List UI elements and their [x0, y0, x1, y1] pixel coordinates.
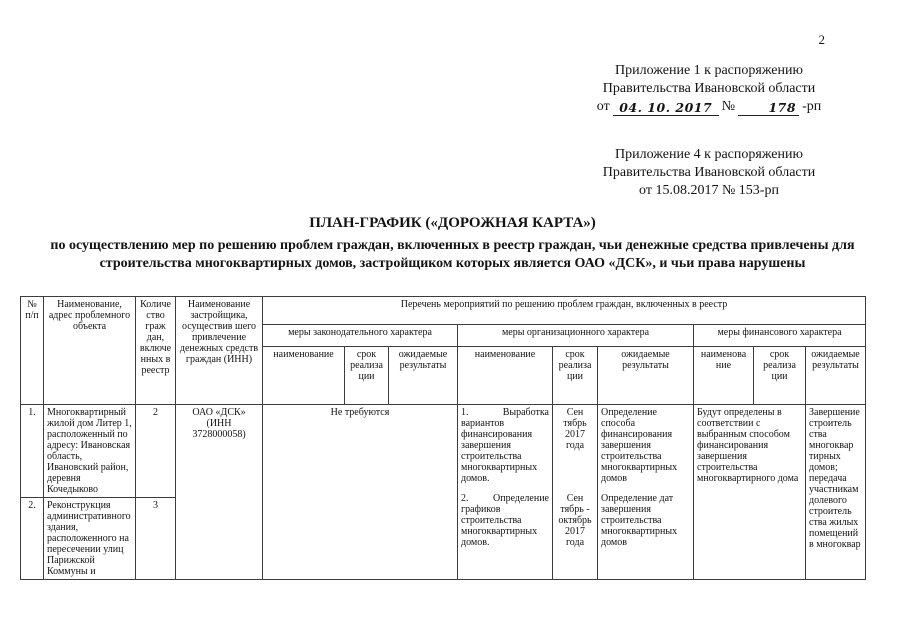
- header-cell-num: № п/п: [21, 297, 44, 405]
- document-subtitle: по осуществлению мер по решению проблем …: [30, 237, 875, 272]
- row2-citizens-cell: 3: [136, 498, 176, 580]
- handwritten-date: 04. 10. 2017: [619, 100, 712, 115]
- row1-num-cell: 1.: [21, 405, 44, 498]
- appendix-1-ref-line: от04. 10. 2017№178-рп: [583, 98, 835, 116]
- appendix-1-line1: Приложение 1 к распоряжению: [583, 62, 835, 80]
- appendix-4-line3: от 15.08.2017 № 153-рп: [583, 182, 835, 200]
- roadmap-table: № п/п Наименование, адрес проблемного об…: [20, 296, 866, 580]
- org-measure-2-name: 2. Определение графиков строительства мн…: [461, 493, 549, 548]
- org-measure-1-term: Сен тябрь 2017 года: [556, 407, 594, 493]
- header-cell-legislative: меры законодательного характера: [263, 325, 458, 347]
- org-measure-1-name: 1. Выработка вариантов финансирования за…: [461, 407, 549, 493]
- legislative-note-cell: Не требуются: [263, 405, 458, 580]
- header-cell-developer: Наименование застройщика, осуществив шег…: [176, 297, 263, 405]
- number-sign-label: №: [722, 99, 735, 114]
- ref-suffix: -рп: [802, 99, 821, 114]
- header-cell-financial: меры финансового характера: [694, 325, 866, 347]
- fin-result-cell: Завершение строитель ства многоквар тирн…: [806, 405, 866, 580]
- header-cell-organizational: меры организационного характера: [458, 325, 694, 347]
- header-cell-measures-title: Перечень мероприятий по решению проблем …: [263, 297, 866, 325]
- appendix-1-line2: Правительства Ивановской области: [583, 80, 835, 98]
- document-page: 2 Приложение 1 к распоряжению Правительс…: [0, 0, 905, 640]
- header-cell-org-result: ожидаемые результаты: [598, 347, 694, 405]
- org-measure-1-result: Определение способа финансирования завер…: [601, 407, 690, 493]
- row1-object-cell: Многоквартирный жилой дом Литер 1, распо…: [44, 405, 136, 498]
- header-cell-fin-term: срок реализа ции: [754, 347, 806, 405]
- page-number: 2: [0, 0, 905, 48]
- header-cell-fin-result: ожидаемые результаты: [806, 347, 866, 405]
- appendix-4-line2: Правительства Ивановской области: [583, 164, 835, 182]
- header-cell-org-name: наименование: [458, 347, 553, 405]
- appendix-4-block: Приложение 4 к распоряжению Правительств…: [583, 146, 835, 200]
- row2-object-cell: Реконструкция административного здания, …: [44, 498, 136, 580]
- fin-name-cell: Будут определены в соответствии с выбран…: [694, 405, 806, 580]
- handwritten-number: 178: [768, 100, 796, 115]
- org-results-cell: Определение способа финансирования завер…: [598, 405, 694, 580]
- appendix-4-line1: Приложение 4 к распоряжению: [583, 146, 835, 164]
- row2-num-cell: 2.: [21, 498, 44, 580]
- header-cell-fin-name: наименова ние: [694, 347, 754, 405]
- from-label: от: [597, 99, 610, 114]
- org-names-cell: 1. Выработка вариантов финансирования за…: [458, 405, 553, 580]
- org-measure-2-term: Сен тябрь - октябрь 2017 года: [556, 493, 594, 548]
- header-cell-leg-name: наименование: [263, 347, 345, 405]
- document-title: ПЛАН-ГРАФИК («ДОРОЖНАЯ КАРТА»): [0, 214, 905, 233]
- row1-citizens-cell: 2: [136, 405, 176, 498]
- header-cell-citizens: Количе ство граж дан, включе нных в реес…: [136, 297, 176, 405]
- header-cell-org-term: срок реализа ции: [553, 347, 598, 405]
- developer-cell: ОАО «ДСК» (ИНН 3728000058): [176, 405, 263, 580]
- header-cell-object: Наименование, адрес проблемного объекта: [44, 297, 136, 405]
- appendix-1-block: Приложение 1 к распоряжению Правительств…: [583, 62, 835, 116]
- org-terms-cell: Сен тябрь 2017 года Сен тябрь - октябрь …: [553, 405, 598, 580]
- header-cell-leg-term: срок реализа ции: [345, 347, 389, 405]
- org-measure-2-result: Определение дат завершения строительства…: [601, 493, 690, 548]
- header-cell-leg-result: ожидаемые результаты: [389, 347, 458, 405]
